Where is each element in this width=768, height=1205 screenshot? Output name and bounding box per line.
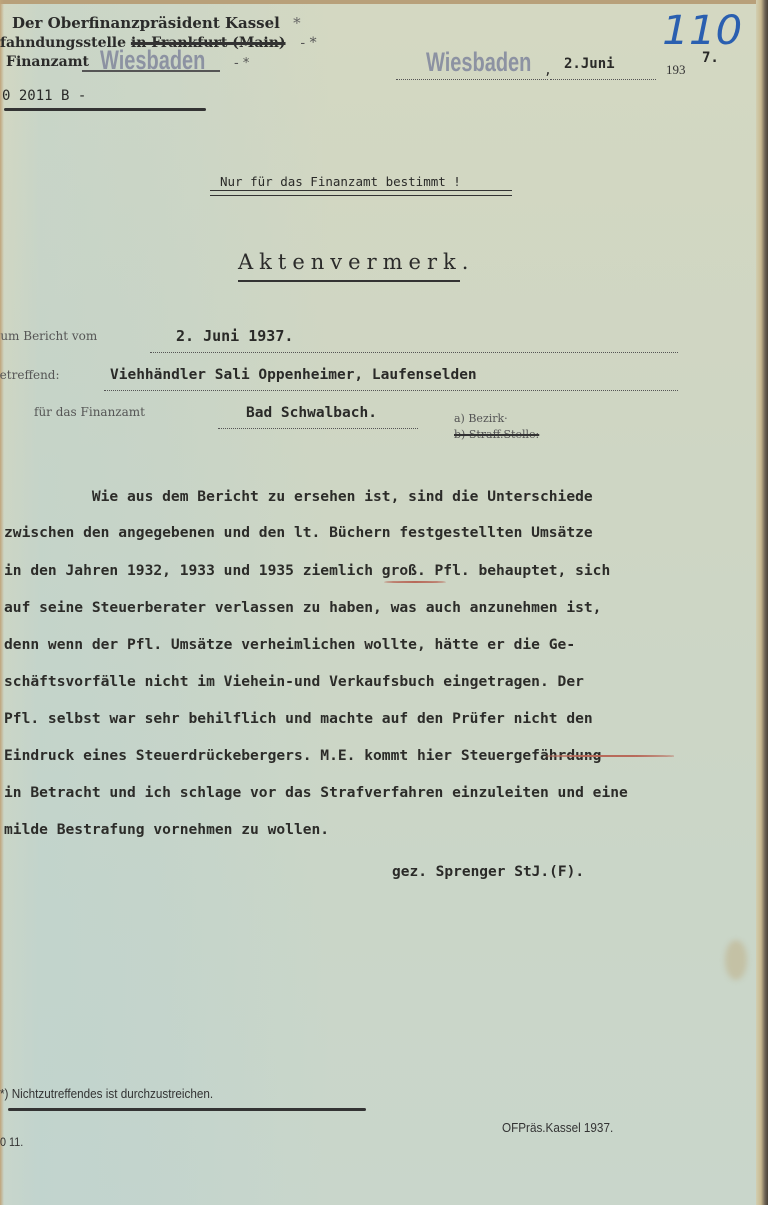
tax-office-field-value: Bad Schwalbach. xyxy=(246,405,377,421)
tax-office-field-label: für das Finanzamt xyxy=(34,405,145,419)
printer-imprint: OFPräs.Kassel 1937. xyxy=(502,1120,613,1135)
tax-office-label: Finanzamt xyxy=(6,54,89,70)
year-prefix: 193 xyxy=(666,62,686,78)
tax-office-field-fill-line xyxy=(218,428,418,429)
paper-stain xyxy=(725,940,747,980)
pencil-underline-ziemlich-gross xyxy=(384,581,446,583)
body-line: Pfl. selbst war sehr behilflich und mach… xyxy=(4,710,593,727)
option-district: a) Bezirk· xyxy=(454,412,508,425)
footnote-asterisk: - * xyxy=(300,35,316,51)
page-right-edge xyxy=(756,0,768,1205)
footnote-underline xyxy=(8,1108,366,1111)
subject-value: Viehhändler Sali Oppenheimer, Laufenseld… xyxy=(110,367,477,383)
reference-underline xyxy=(4,108,206,111)
body-line: in den Jahren 1932, 1933 und 1935 ziemli… xyxy=(4,562,610,579)
authority-name: Der Oberfinanzpräsident Kassel xyxy=(12,14,280,32)
body-line: denn wenn der Pfl. Umsätze verheimlichen… xyxy=(4,636,575,653)
report-date-fill-line xyxy=(150,352,678,353)
date-comma: , xyxy=(544,63,552,78)
document-title: Aktenvermerk. xyxy=(238,250,474,274)
header-authority: Der Oberfinanzpräsident Kassel * xyxy=(12,14,301,32)
date-fill-line xyxy=(550,79,656,80)
subject-fill-line xyxy=(104,390,678,391)
notice-underline-2 xyxy=(210,195,512,196)
file-reference: 0 2011 B - xyxy=(2,88,86,104)
handwritten-folio-number: 110 xyxy=(662,8,742,54)
option-penal-office-struck: b) Straff.Stelle: xyxy=(454,428,539,441)
document-page: Der Oberfinanzpräsident Kassel * Steuerf… xyxy=(0,0,756,1205)
body-line: zwischen den angegebenen und den lt. Büc… xyxy=(4,524,593,541)
body-line: Eindruck eines Steuerdrückebergers. M.E.… xyxy=(4,747,601,764)
report-date-value: 2. Juni 1937. xyxy=(176,327,293,345)
notice-underline-1 xyxy=(210,190,512,191)
subject-label: betreffend: xyxy=(0,368,60,382)
signature: gez. Sprenger StJ.(F). xyxy=(392,864,584,880)
header-tax-office: Finanzamt xyxy=(6,54,89,70)
body-line: milde Bestrafung vornehmen zu wollen. xyxy=(4,821,329,838)
body-line: auf seine Steuerberater verlassen zu hab… xyxy=(4,599,601,616)
form-number: 0 11. xyxy=(0,1135,23,1149)
office-stamp: Wiesbaden xyxy=(100,46,205,77)
restriction-notice: Nur für das Finanzamt bestimmt ! xyxy=(220,174,461,189)
place-fill-line xyxy=(396,79,548,80)
footnote: *) Nichtzutreffendes ist durchzustreiche… xyxy=(0,1086,213,1101)
body-line: schäftsvorfälle nicht im Viehein-und Ver… xyxy=(4,673,584,690)
place-stamp: Wiesbaden xyxy=(426,48,531,79)
page-top-edge xyxy=(0,0,768,4)
body-line: in Betracht und ich schlage vor das Stra… xyxy=(4,784,628,801)
pencil-underline-steuergefaehrdung xyxy=(546,755,674,757)
date-day: 2.Juni xyxy=(564,56,615,72)
report-date-label: zum Bericht vom xyxy=(0,329,97,343)
footnote-asterisk: - * xyxy=(234,56,249,71)
body-line: Wie aus dem Bericht zu ersehen ist, sind… xyxy=(4,488,593,505)
footnote-asterisk: * xyxy=(293,14,301,32)
title-underline xyxy=(238,280,460,282)
